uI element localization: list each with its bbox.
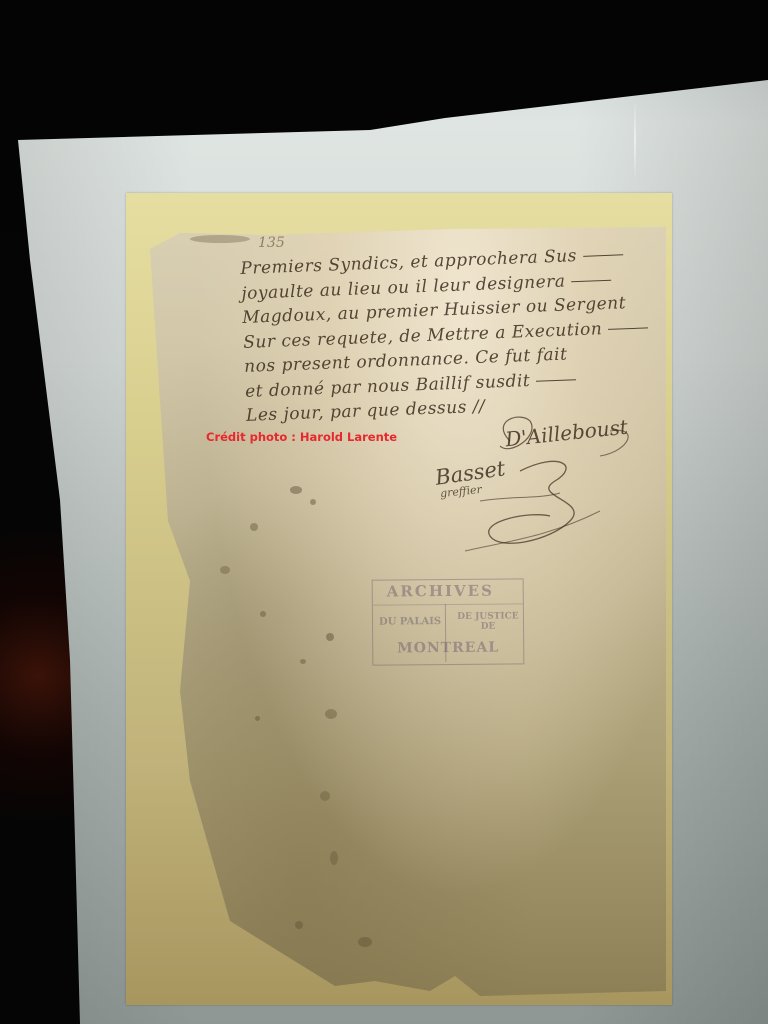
stain bbox=[220, 566, 230, 574]
stain bbox=[320, 791, 330, 801]
stain bbox=[330, 851, 338, 865]
manuscript-page: 135 Premiers Syndics, et approchera Sus … bbox=[150, 221, 666, 1001]
paper-crease bbox=[634, 100, 636, 180]
stamp-divider bbox=[373, 603, 523, 605]
facsimile-sheet: 135 Premiers Syndics, et approchera Sus … bbox=[126, 193, 672, 1005]
stain bbox=[325, 709, 337, 719]
stain bbox=[326, 633, 334, 641]
stain bbox=[358, 937, 372, 947]
stain bbox=[250, 523, 258, 531]
stamp-bottom-text: MONTREAL bbox=[397, 640, 499, 657]
stamp-top-text: ARCHIVES bbox=[387, 582, 494, 601]
stain bbox=[295, 921, 303, 929]
stain bbox=[260, 611, 266, 617]
handwritten-text: Premiers Syndics, et approchera Sus joya… bbox=[240, 241, 666, 428]
photo-scene: 135 Premiers Syndics, et approchera Sus … bbox=[0, 0, 768, 1024]
stamp-middle-right: DE JUSTICE DE bbox=[453, 611, 523, 632]
stain bbox=[255, 716, 260, 721]
stain bbox=[300, 659, 306, 664]
archive-stamp: ARCHIVES DU PALAIS DE JUSTICE DE MONTREA… bbox=[372, 578, 525, 665]
stain bbox=[190, 235, 250, 243]
stain bbox=[290, 486, 302, 494]
page-number: 135 bbox=[258, 235, 285, 251]
stain bbox=[310, 499, 316, 505]
stamp-middle-left: DU PALAIS bbox=[379, 616, 441, 628]
photo-credit: Crédit photo : Harold Larente bbox=[206, 430, 397, 444]
